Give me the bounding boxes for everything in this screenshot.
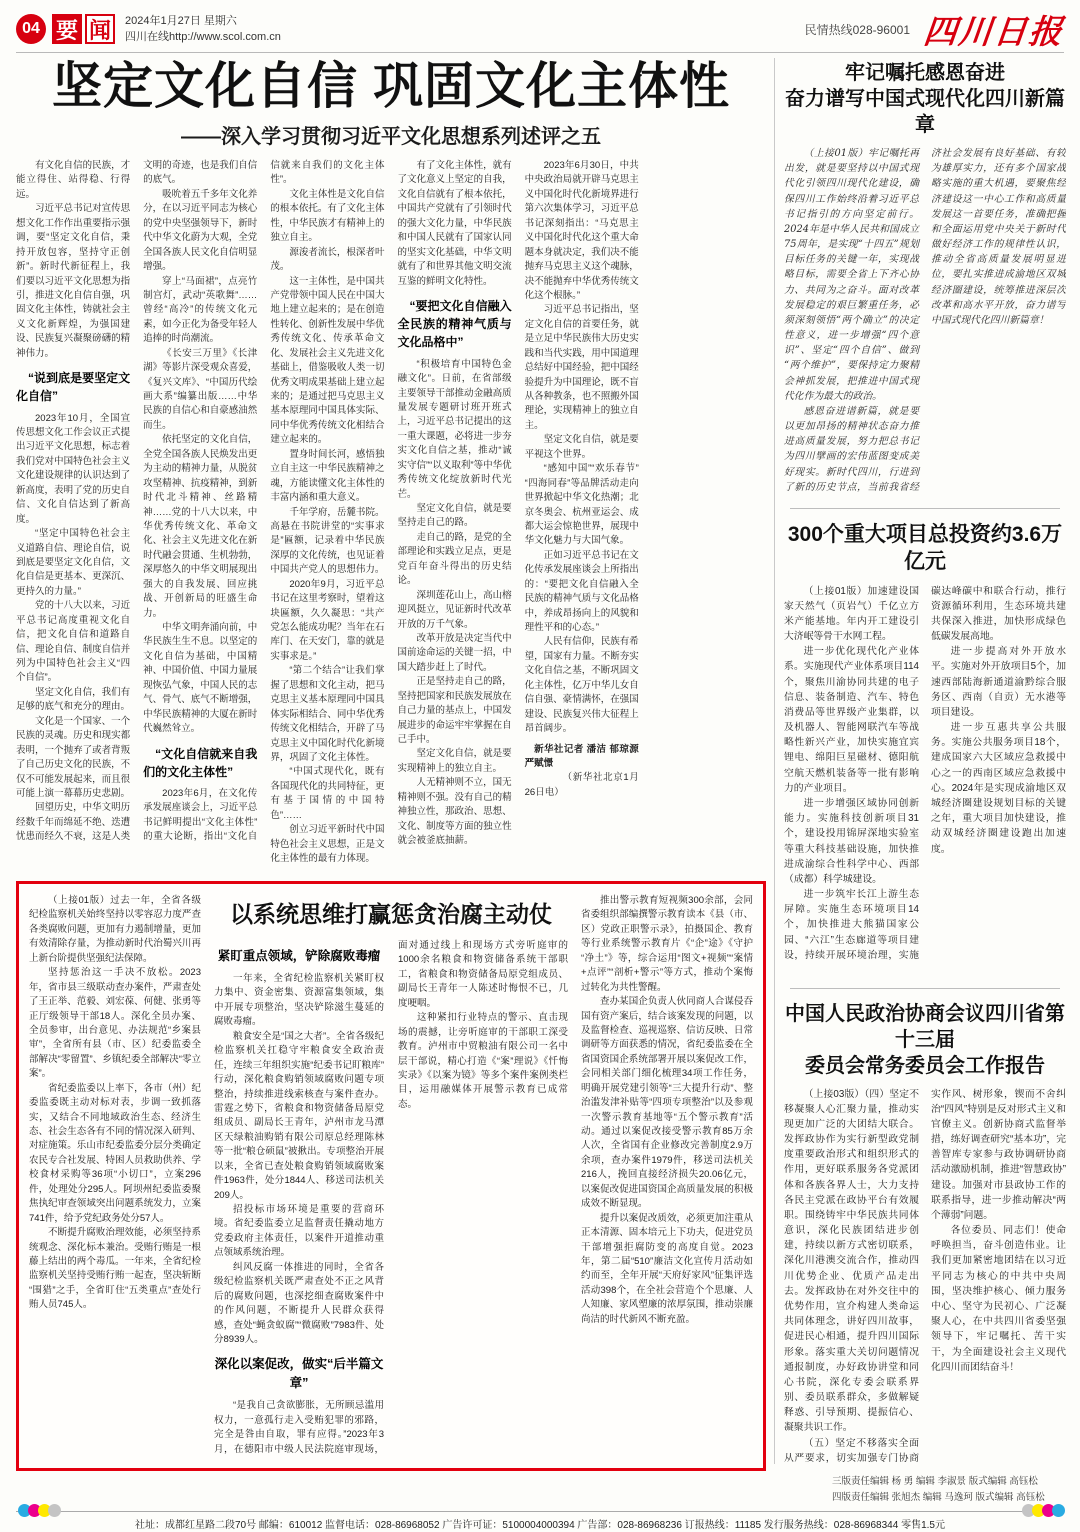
boxed-article-headline: 以系统思维打赢惩贪治腐主动仗	[214, 896, 568, 929]
article-paragraph: 坚定文化自信，就是要坚持走自己的路。	[397, 502, 511, 531]
article-paragraph: 人民有信仰，民族有希望，国家有力量。不断夯实文化自信之基，不断巩固文化主体性，亿…	[525, 635, 639, 736]
article-paragraph: （上接01版）加速建设国家天然气（页岩气）千亿立方米产能基地。年内开工建设引大济…	[784, 584, 919, 645]
sidebar-article3-headline: 中国人民政治协商会议四川省第十三届 委员会常务委员会工作报告	[784, 1001, 1066, 1079]
article-subhead: “文化自信就来自我们的文化主体性”	[143, 745, 257, 781]
page-number-badge: 04	[16, 14, 46, 44]
cmyk-dots-left	[18, 1504, 58, 1517]
newspaper-page: 04 要 闻 2024年1月27日 星期六 四川在线http://www.sco…	[0, 0, 1080, 1532]
article-subhead: 紧盯重点领域，铲除腐败毒瘤	[214, 947, 384, 966]
article-paragraph: 改革开放是决定当代中国前途命运的关键一招，中国大踏步赶上了时代。	[397, 632, 511, 675]
article-paragraph: 习近平总书记对宣传思想文化工作作出重要指示强调，要“坚定文化自信，秉持开放包容，…	[16, 202, 130, 361]
sidebar-article2-body: （上接01版）加速建设国家天然气（页岩气）千亿立方米产能基地。年内开工建设引大济…	[784, 584, 1066, 976]
article-paragraph: 文化主体性是文化自信的根本依托。有了文化主体性，中华民族才有精神上的独立自主。	[270, 188, 384, 246]
article-paragraph: 坚定文化自信，我们有足够的底气和充分的理由。	[16, 686, 130, 715]
article-paragraph: 坚定文化自信，就是要实现精神上的独立自主。	[397, 747, 511, 776]
article-subhead: “说到底是要坚定文化自信”	[16, 369, 130, 405]
article-paragraph: 千年学府，岳麓书院。高悬在书院讲堂的“实事求是”匾额，记录着中华民族深厚的文化传…	[270, 506, 384, 578]
boxed-article: （上接01版）过去一年，全省各级纪检监察机关始终坚持以零容忍力度严查各类腐败问题…	[16, 881, 766, 1471]
website-line: 四川在线http://www.scol.com.cn	[125, 29, 281, 46]
article-paragraph: 省纪委监委以上率下，各市（州）纪委监委既主动对标对表，步调一致抓落实，又结合不同…	[29, 1082, 201, 1226]
article-paragraph: 《长安三万里》《长津湖》等影片深受观众喜爱，《复兴文库》、“中国历代绘画大系”编…	[143, 347, 257, 434]
cyan-dot-icon	[1052, 1504, 1065, 1517]
article-paragraph: （上接03版）（四）坚定不移凝聚人心汇聚力量，推动实现更加广泛的大团结大联合。发…	[784, 1087, 919, 1436]
article-paragraph: “第二个结合”让我们掌握了思想和文化主动，把马克思主义基本原理同中国具体实际相结…	[270, 664, 384, 765]
sidebar-article1-headline-line2: 奋力谱写中国式现代化四川新篇章	[784, 86, 1066, 138]
article-paragraph: 这种紧扣行业特点的警示、直击现场的震撼，让旁听庭审的干部职工深受教育。泸州市中贸…	[398, 1011, 568, 1112]
article-paragraph: 正是坚持走自己的路，坚持把国家和民族发展放在自己力量的基点上，中国发展进步的命运…	[397, 675, 511, 747]
sidebar-divider-1	[790, 508, 1060, 509]
article-paragraph: 2023年6月30日，中共中央政治局就开辟马克思主义中国化时代化新境界进行第六次…	[525, 159, 639, 303]
article-paragraph: 这一主体性，是中国共产党带领中国人民在中国大地上建立起来的；是在创造性转化、创新…	[270, 275, 384, 448]
article-paragraph: 查办某国企负责人伙同商人合谋侵吞国有资产案后，结合该案发现的问题，以及监督检查、…	[581, 995, 753, 1212]
article-paragraph: 进一步优化现代化产业体系。实施现代产业体系项目114个，聚焦川渝协同共建的电子信…	[784, 644, 919, 796]
sidebar-article1-headline: 牢记嘱托感恩奋进 奋力谱写中国式现代化四川新篇章	[784, 60, 1066, 138]
masthead-logo: 四川日报	[922, 6, 1067, 53]
footer-divider	[16, 1511, 1064, 1512]
article-paragraph: “中国式现代化，既有各国现代化的共同特征，更有基于国情的中国特色”……	[270, 765, 384, 823]
article-paragraph: 进一步增强区域协同创新能力。实施科技创新项目31个，建设投用锦屏深地实验室等重大…	[784, 796, 919, 887]
sidebar-article3-headline-line1: 中国人民政治协商会议四川省第十三届	[784, 1001, 1066, 1053]
date-line: 2024年1月27日 星期六	[125, 13, 281, 30]
section-name: 要 闻	[52, 14, 115, 44]
article-paragraph: 置身时间长河，感悟独立自主这一中华民族精神之魂，方能读懂文化主体性的丰富内涵和重…	[270, 448, 384, 506]
article-paragraph: 推出警示教育短视频300余部，会同省委组织部编撰警示教育读本《县（市、区）党政正…	[581, 894, 753, 995]
article-paragraph: 进一步互惠共享公共服务。实施公共服务项目18个，建成国家六大区域应急救援中心之一…	[931, 720, 1066, 857]
header-right: 民情热线028-96001 四川日报	[805, 6, 1064, 53]
article-paragraph: 坚持惩治这一手决不放松。2023年，省市县三级联动查办案件，严肃查处了王正举、范…	[29, 966, 201, 1082]
article-paragraph: “感知中国”“欢乐春节”“四海同春”等品牌活动走向世界掀起中华文化热潮；北京冬奥…	[525, 462, 639, 549]
article-paragraph: 粮食安全是“国之大者”。全省各级纪检监察机关扛稳守牢粮食安全政治责任，连续三年组…	[214, 1030, 384, 1203]
article-paragraph: 新华社记者 潘洁 郁琼源 严赋憬	[525, 743, 639, 772]
article-paragraph: （新华社北京1月26日电）	[525, 771, 639, 800]
article-paragraph: 招投标市场环境是重要的营商环境。省纪委监委立足监督责任撬动地方党委政府主体责任，…	[214, 1203, 384, 1261]
article-paragraph: 有了文化主体性，就有了文化意义上坚定的自我，文化自信就有了根本依托，中国共产党就…	[397, 159, 511, 289]
hotline: 民情热线028-96001	[805, 21, 910, 38]
main-subheadline: ——深入学习贯彻习近平文化思想系列述评之五	[16, 120, 766, 149]
main-region: 坚定文化自信 巩固文化主体性 ——深入学习贯彻习近平文化思想系列述评之五 有文化…	[16, 58, 766, 1471]
sidebar-region: 牢记嘱托感恩奋进 奋力谱写中国式现代化四川新篇章 （上接01版）牢记嘱托再出发，…	[784, 58, 1066, 1466]
article-paragraph: 吸吮着五千多年文化养分，在以习近平同志为核心的党中央坚强领导下，新时代中华文化蔚…	[143, 188, 257, 275]
sidebar-article2-headline: 300个重大项目总投资约3.6万亿元	[784, 521, 1066, 576]
sidebar-article3-headline-line2: 委员会常务委员会工作报告	[784, 1053, 1066, 1079]
sidebar-article3-body: （上接03版）（四）坚定不移凝聚人心汇聚力量，推动实现更加广泛的大团结大联合。发…	[784, 1087, 1066, 1466]
column-divider	[774, 58, 775, 1464]
article-paragraph: 深圳莲花山上，高山榕迎风挺立，见证新时代改革开放的万千气象。	[397, 589, 511, 632]
section-char-1: 要	[52, 14, 82, 44]
boxed-article-center-body: 紧盯重点领域，铲除腐败毒瘤一年来，全省纪检监察机关紧盯权力集中、资金密集、资源富…	[214, 939, 568, 1458]
article-paragraph: 正如习近平总书记在文化传承发展座谈会上所指出的：“要把文化自信融入全民族的精神气…	[525, 549, 639, 636]
gray-dot-icon	[48, 1504, 61, 1517]
section-char-2: 闻	[85, 14, 115, 44]
sidebar-article1-headline-line1: 牢记嘱托感恩奋进	[784, 60, 1066, 86]
cmyk-dots-right	[1022, 1504, 1062, 1517]
article-paragraph: 2020年9月，习近平总书记在这里考察时，望着这块匾额，久久凝思：“共产党怎么能…	[270, 578, 384, 665]
article-paragraph: 2023年10月，全国宣传思想文化工作会议正式提出习近平文化思想，标志着我们党对…	[16, 412, 130, 528]
editor-credits-line1: 三版责任编辑 杨 勇 编辑 李淑景 版式编辑 高钰松	[832, 1474, 1062, 1490]
article-paragraph: 习近平总书记指出，坚定文化自信的首要任务，就是立足中华民族伟大历史实践和当代实践…	[525, 303, 639, 433]
article-paragraph: “积极培育中国特色金融文化”。日前，在省部级主要领导干部推动金融高质量发展专题研…	[397, 358, 511, 502]
article-paragraph: “坚定中国特色社会主义道路自信、理论自信，说到底是要坚定文化自信，文化自信是更基…	[16, 527, 130, 599]
boxed-article-col1: （上接01版）过去一年，全省各级纪检监察机关始终坚持以零容忍力度严查各类腐败问题…	[29, 894, 201, 1458]
editor-credits: 三版责任编辑 杨 勇 编辑 李淑景 版式编辑 高钰松 四版责任编辑 张旭杰 编辑…	[832, 1474, 1062, 1506]
publisher-info: 社址：成都红星路二段70号 邮编：610012 监督电话：028-8696805…	[90, 1516, 990, 1531]
article-paragraph: 穿上“马面裙”，点亮竹制宫灯，武动“英歌舞”……曾经“高冷”的传统文化元素，如今…	[143, 275, 257, 347]
article-paragraph: 不断提升腐败治理效能，必须坚持系统观念、深化标本兼治。受贿行贿是一根藤上结出的两…	[29, 1226, 201, 1313]
article-paragraph: 源浚者流长，根深者叶茂。	[270, 246, 384, 275]
sidebar-divider-2	[790, 988, 1060, 989]
main-article-body: 有文化自信的民族，才能立得住、站得稳、行得远。习近平总书记对宣传思想文化工作作出…	[16, 159, 766, 871]
article-paragraph: 依托坚定的文化自信，全党全国各族人民焕发出更为主动的精神力量，从脱贫攻坚精神、抗…	[143, 433, 257, 621]
article-subhead: 深化以案促改，做实“后半篇文章”	[214, 1355, 384, 1393]
article-paragraph: 中华文明奔涌向前，中华民族生生不息。以坚定的文化自信为基础，中国精神、中国价值、…	[143, 621, 257, 737]
article-paragraph: 各位委员、同志们！使命呼唤担当，奋斗创造伟业。让我们更加紧密地团结在以习近平同志…	[931, 1223, 1066, 1375]
article-paragraph: 坚定文化自信，就是要平视这个世界。	[525, 433, 639, 462]
article-paragraph: 一年来，全省纪检监察机关紧盯权力集中、资金密集、资源富集领域，集中开展专项整治，…	[214, 972, 384, 1030]
article-paragraph: 创立习近平新时代中国特色社会主义思想，正是文化主体性的最有力体现。	[270, 823, 384, 866]
main-headline: 坚定文化自信 巩固文化主体性	[16, 58, 766, 114]
header-divider	[16, 52, 1064, 53]
article-paragraph: 提升以案促改质效，必须更加注重从正本清源、固本培元上下功夫，促进党员干部增强拒腐…	[581, 1212, 753, 1328]
article-paragraph: 进一步提高对外开放水平。实施对外开放项目5个，加速西部陆海新通道渝黔综合服务区、…	[931, 644, 1066, 720]
sidebar-article1-body: （上接01版）牢记嘱托再出发，就是要坚持以中国式现代化引领四川现代化建设，确保四…	[784, 146, 1066, 496]
boxed-article-col4: 推出警示教育短视频300余部，会同省委组织部编撰警示教育读本《县（市、区）党政正…	[581, 894, 753, 1458]
article-paragraph: 纠风反腐一体推进的同时，全省各级纪检监察机关既严肃查处不正之风背后的腐败问题，也…	[214, 1261, 384, 1348]
article-paragraph: 人无精神则不立，国无精神则不强。没有自己的精神独立性，那政治、思想、文化、制度等…	[397, 776, 511, 848]
page-header: 04 要 闻 2024年1月27日 星期六 四川在线http://www.sco…	[16, 8, 1064, 50]
article-subhead: “要把文化自信融入全民族的精神气质与文化品格中”	[397, 297, 511, 352]
article-paragraph: 有文化自信的民族，才能立得住、站得稳、行得远。	[16, 159, 130, 202]
header-meta: 2024年1月27日 星期六 四川在线http://www.scol.com.c…	[125, 13, 281, 46]
boxed-article-center: 以系统思维打赢惩贪治腐主动仗 紧盯重点领域，铲除腐败毒瘤一年来，全省纪检监察机关…	[214, 894, 568, 1458]
article-paragraph: 党的十八大以来，习近平总书记高度重视文化自信，把文化自信和道路自信、理论自信、制…	[16, 599, 130, 686]
article-paragraph: （上接01版）过去一年，全省各级纪检监察机关始终坚持以零容忍力度严查各类腐败问题…	[29, 894, 201, 966]
article-paragraph: 文化是一个国家、一个民族的灵魂。历史和现实都表明，一个抛弃了或者背叛了自己历史文…	[16, 715, 130, 802]
article-paragraph: （上接01版）牢记嘱托再出发，就是要坚持以中国式现代化引领四川现代化建设，确保四…	[784, 146, 919, 404]
article-paragraph: 走自己的路，是党的全部理论和实践立足点，更是党百年奋斗得出的历史结论。	[397, 531, 511, 589]
